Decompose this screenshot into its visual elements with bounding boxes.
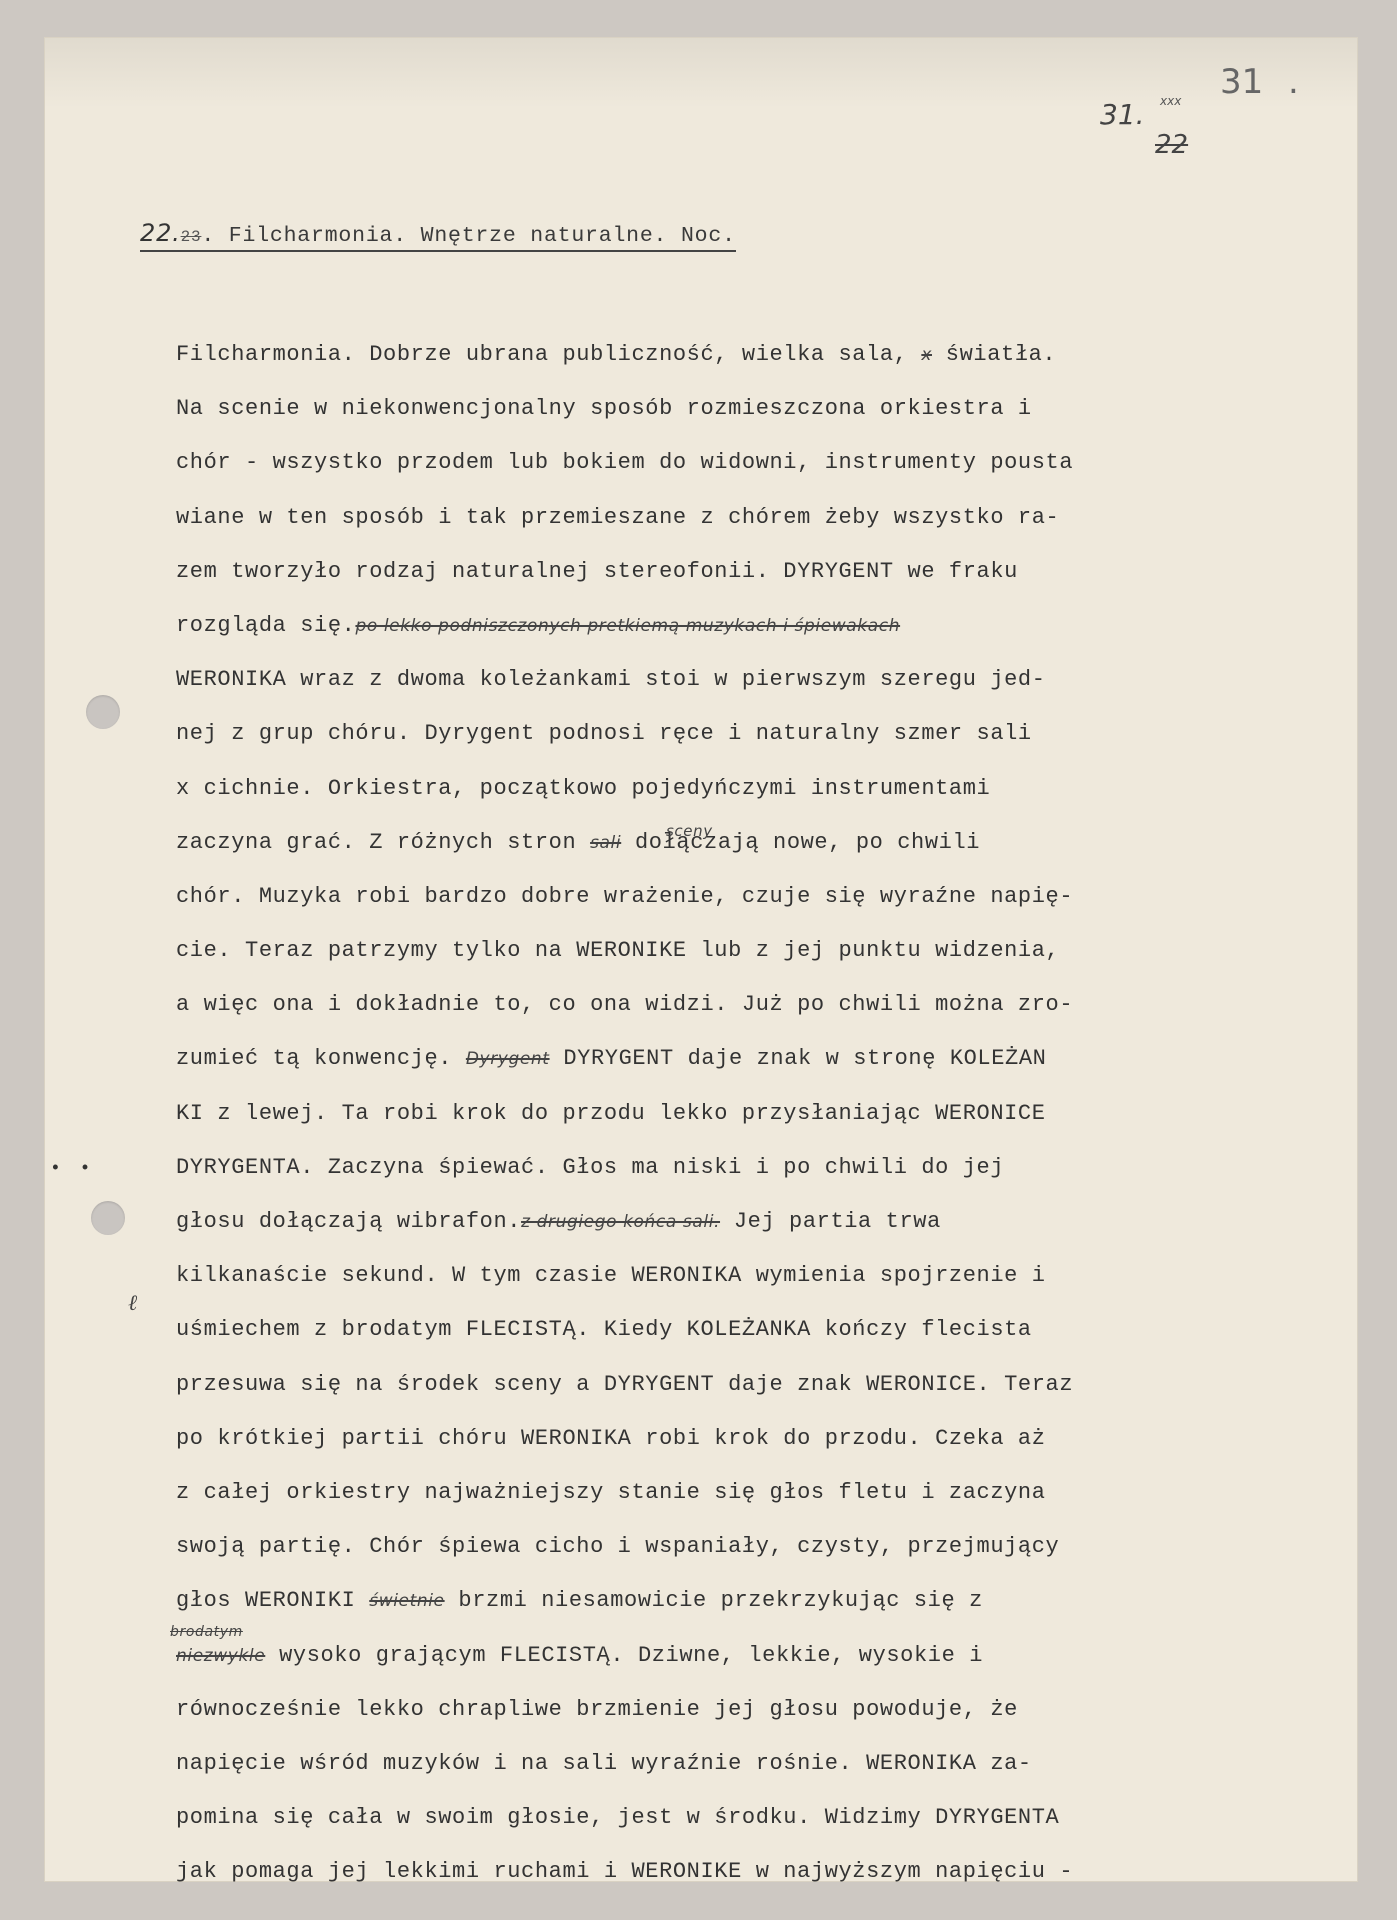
typed-text: wysoko grającym FLECISTĄ. Dziwne, lekkie… xyxy=(265,1643,983,1668)
struck-text: po lekko podniszczonych pretkiemą muzyka… xyxy=(355,616,900,636)
text-line: rozgląda się.po lekko podniszczonych pre… xyxy=(176,599,1266,653)
typed-text: zumieć tą konwencję. xyxy=(176,1046,466,1071)
text-line: głosu dołączają wibrafon.z drugiego końc… xyxy=(176,1195,1266,1249)
typed-text: KI z lewej. Ta robi krok do przodu lekko… xyxy=(176,1101,1046,1126)
typed-text: pomina się cała w swoim głosie, jest w ś… xyxy=(176,1805,1059,1830)
text-line: cie. Teraz patrzymy tylko na WERONIKE lu… xyxy=(176,924,1266,978)
typed-text: nej z grup chóru. Dyrygent podnosi ręce … xyxy=(176,721,1032,746)
typed-text: równocześnie lekko chrapliwe brzmienie j… xyxy=(176,1697,1018,1722)
struck-text: Dyrygent xyxy=(466,1049,550,1069)
typed-text: przesuwa się na środek sceny a DYRYGENT … xyxy=(176,1372,1073,1397)
typed-text: DYRYGENTA. Zaczyna śpiewać. Głos ma nisk… xyxy=(176,1155,1004,1180)
typed-text: cie. Teraz patrzymy tylko na WERONIKE lu… xyxy=(176,938,1059,963)
text-line: po krótkiej partii chóru WERONIKA robi k… xyxy=(176,1412,1266,1466)
typed-text: WERONIKA wraz z dwoma koleżankami stoi w… xyxy=(176,667,1046,692)
text-line: wiane w ten sposób i tak przemieszane z … xyxy=(176,491,1266,545)
text-line: zem tworzyło rodzaj naturalnej stereofon… xyxy=(176,545,1266,599)
text-line: zaczyna grać. Z różnych stron sali dołąc… xyxy=(176,816,1266,870)
scene-number: 22. xyxy=(140,219,181,247)
typed-text: chór - wszystko przodem lub bokiem do wi… xyxy=(176,450,1073,475)
typed-text: x cichnie. Orkiestra, początkowo pojedyń… xyxy=(176,776,990,801)
typed-text: wiane w ten sposób i tak przemieszane z … xyxy=(176,505,1059,530)
archive-correction: 22 xyxy=(1155,130,1188,160)
typed-text: napięcie wśród muzyków i na sali wyraźni… xyxy=(176,1751,1032,1776)
text-line: chór - wszystko przodem lub bokiem do wi… xyxy=(176,436,1266,490)
text-line: Na scenie w niekonwencjonalny sposób roz… xyxy=(176,382,1266,436)
typed-text: a więc ona i dokładnie to, co ona widzi.… xyxy=(176,992,1073,1017)
struck-insertion: brodatym xyxy=(170,1605,243,1659)
scene-number-struck: 23 xyxy=(181,228,202,246)
punch-hole xyxy=(86,695,120,729)
text-line: chór. Muzyka robi bardzo dobre wrażenie,… xyxy=(176,870,1266,924)
text-line: zumieć tą konwencję. Dyrygent DYRYGENT d… xyxy=(176,1032,1266,1086)
scene-heading: 22.23. Filcharmonia. Wnętrze naturalne. … xyxy=(140,219,736,252)
text-line: DYRYGENTA. Zaczyna śpiewać. Głos ma nisk… xyxy=(176,1141,1266,1195)
text-line: x cichnie. Orkiestra, początkowo pojedyń… xyxy=(176,762,1266,816)
text-line: z całej orkiestry najważniejszy stanie s… xyxy=(176,1466,1266,1520)
text-line: przesuwa się na środek sceny a DYRYGENT … xyxy=(176,1358,1266,1412)
typed-text: zem tworzyło rodzaj naturalnej stereofon… xyxy=(176,559,1018,584)
text-line: WERONIKA wraz z dwoma koleżankami stoi w… xyxy=(176,653,1266,707)
struck-text: świetnie xyxy=(369,1591,444,1611)
scene-title: . Filcharmonia. Wnętrze naturalne. Noc. xyxy=(201,224,735,248)
text-line: nej z grup chóru. Dyrygent podnosi ręce … xyxy=(176,707,1266,761)
typed-text: uśmiechem z brodatym FLECISTĄ. Kiedy KOL… xyxy=(176,1317,1032,1342)
text-line: niezwykle wysoko grającym FLECISTĄ. Dziw… xyxy=(176,1629,1266,1683)
text-line: swoją partię. Chór śpiewa cicho i wspani… xyxy=(176,1520,1266,1574)
typed-text: brzmi niesamowicie przekrzykując się z xyxy=(445,1588,983,1613)
margin-dots: • • xyxy=(50,1159,94,1179)
typed-text: kilkanaście sekund. W tym czasie WERONIK… xyxy=(176,1263,1046,1288)
text-line: KI z lewej. Ta robi krok do przodu lekko… xyxy=(176,1087,1266,1141)
text-line: głos WERONIKI świetnie brzmi niesamowici… xyxy=(176,1574,1266,1628)
struck-text: sali xyxy=(590,833,621,853)
script-body: Filcharmonia. Dobrze ubrana publiczność,… xyxy=(176,328,1266,1899)
text-line: napięcie wśród muzyków i na sali wyraźni… xyxy=(176,1737,1266,1791)
handwritten-insertion: sceny xyxy=(666,804,713,858)
text-line: Filcharmonia. Dobrze ubrana publiczność,… xyxy=(176,328,1266,382)
typed-text: DYRYGENT daje znak w stronę KOLEŻAN xyxy=(550,1046,1047,1071)
typed-text: Filcharmonia. Dobrze ubrana publiczność,… xyxy=(176,342,921,367)
punch-hole xyxy=(91,1201,125,1235)
text-line: równocześnie lekko chrapliwe brzmienie j… xyxy=(176,1683,1266,1737)
text-line: jak pomaga jej lekkimi ruchami i WERONIK… xyxy=(176,1845,1266,1899)
typed-text: po krótkiej partii chóru WERONIKA robi k… xyxy=(176,1426,1046,1451)
typed-text: światła. xyxy=(932,342,1056,367)
archive-superscript: xxx xyxy=(1160,94,1181,108)
page-number: 31 xyxy=(1220,62,1263,102)
struck-text: z drugiego końca sali. xyxy=(521,1212,720,1232)
typed-text: rozgląda się. xyxy=(176,613,355,638)
typed-text: z całej orkiestry najważniejszy stanie s… xyxy=(176,1480,1046,1505)
archive-page-number: 31. xyxy=(1100,98,1145,131)
margin-note: ℓ xyxy=(128,1290,137,1316)
typed-text: swoją partię. Chór śpiewa cicho i wspani… xyxy=(176,1534,1059,1559)
typed-text: głosu dołączają wibrafon. xyxy=(176,1209,521,1234)
typed-text: Jej partia trwa xyxy=(720,1209,941,1234)
typed-text: jak pomaga jej lekkimi ruchami i WERONIK… xyxy=(176,1859,1073,1884)
typed-text: zaczyna grać. Z różnych stron xyxy=(176,830,590,855)
text-line: kilkanaście sekund. W tym czasie WERONIK… xyxy=(176,1249,1266,1303)
text-line: pomina się cała w swoim głosie, jest w ś… xyxy=(176,1791,1266,1845)
struck-text: x xyxy=(921,345,932,365)
text-line: a więc ona i dokładnie to, co ona widzi.… xyxy=(176,978,1266,1032)
typed-text: chór. Muzyka robi bardzo dobre wrażenie,… xyxy=(176,884,1073,909)
typed-text: Na scenie w niekonwencjonalny sposób roz… xyxy=(176,396,1032,421)
text-line: uśmiechem z brodatym FLECISTĄ. Kiedy KOL… xyxy=(176,1303,1266,1357)
